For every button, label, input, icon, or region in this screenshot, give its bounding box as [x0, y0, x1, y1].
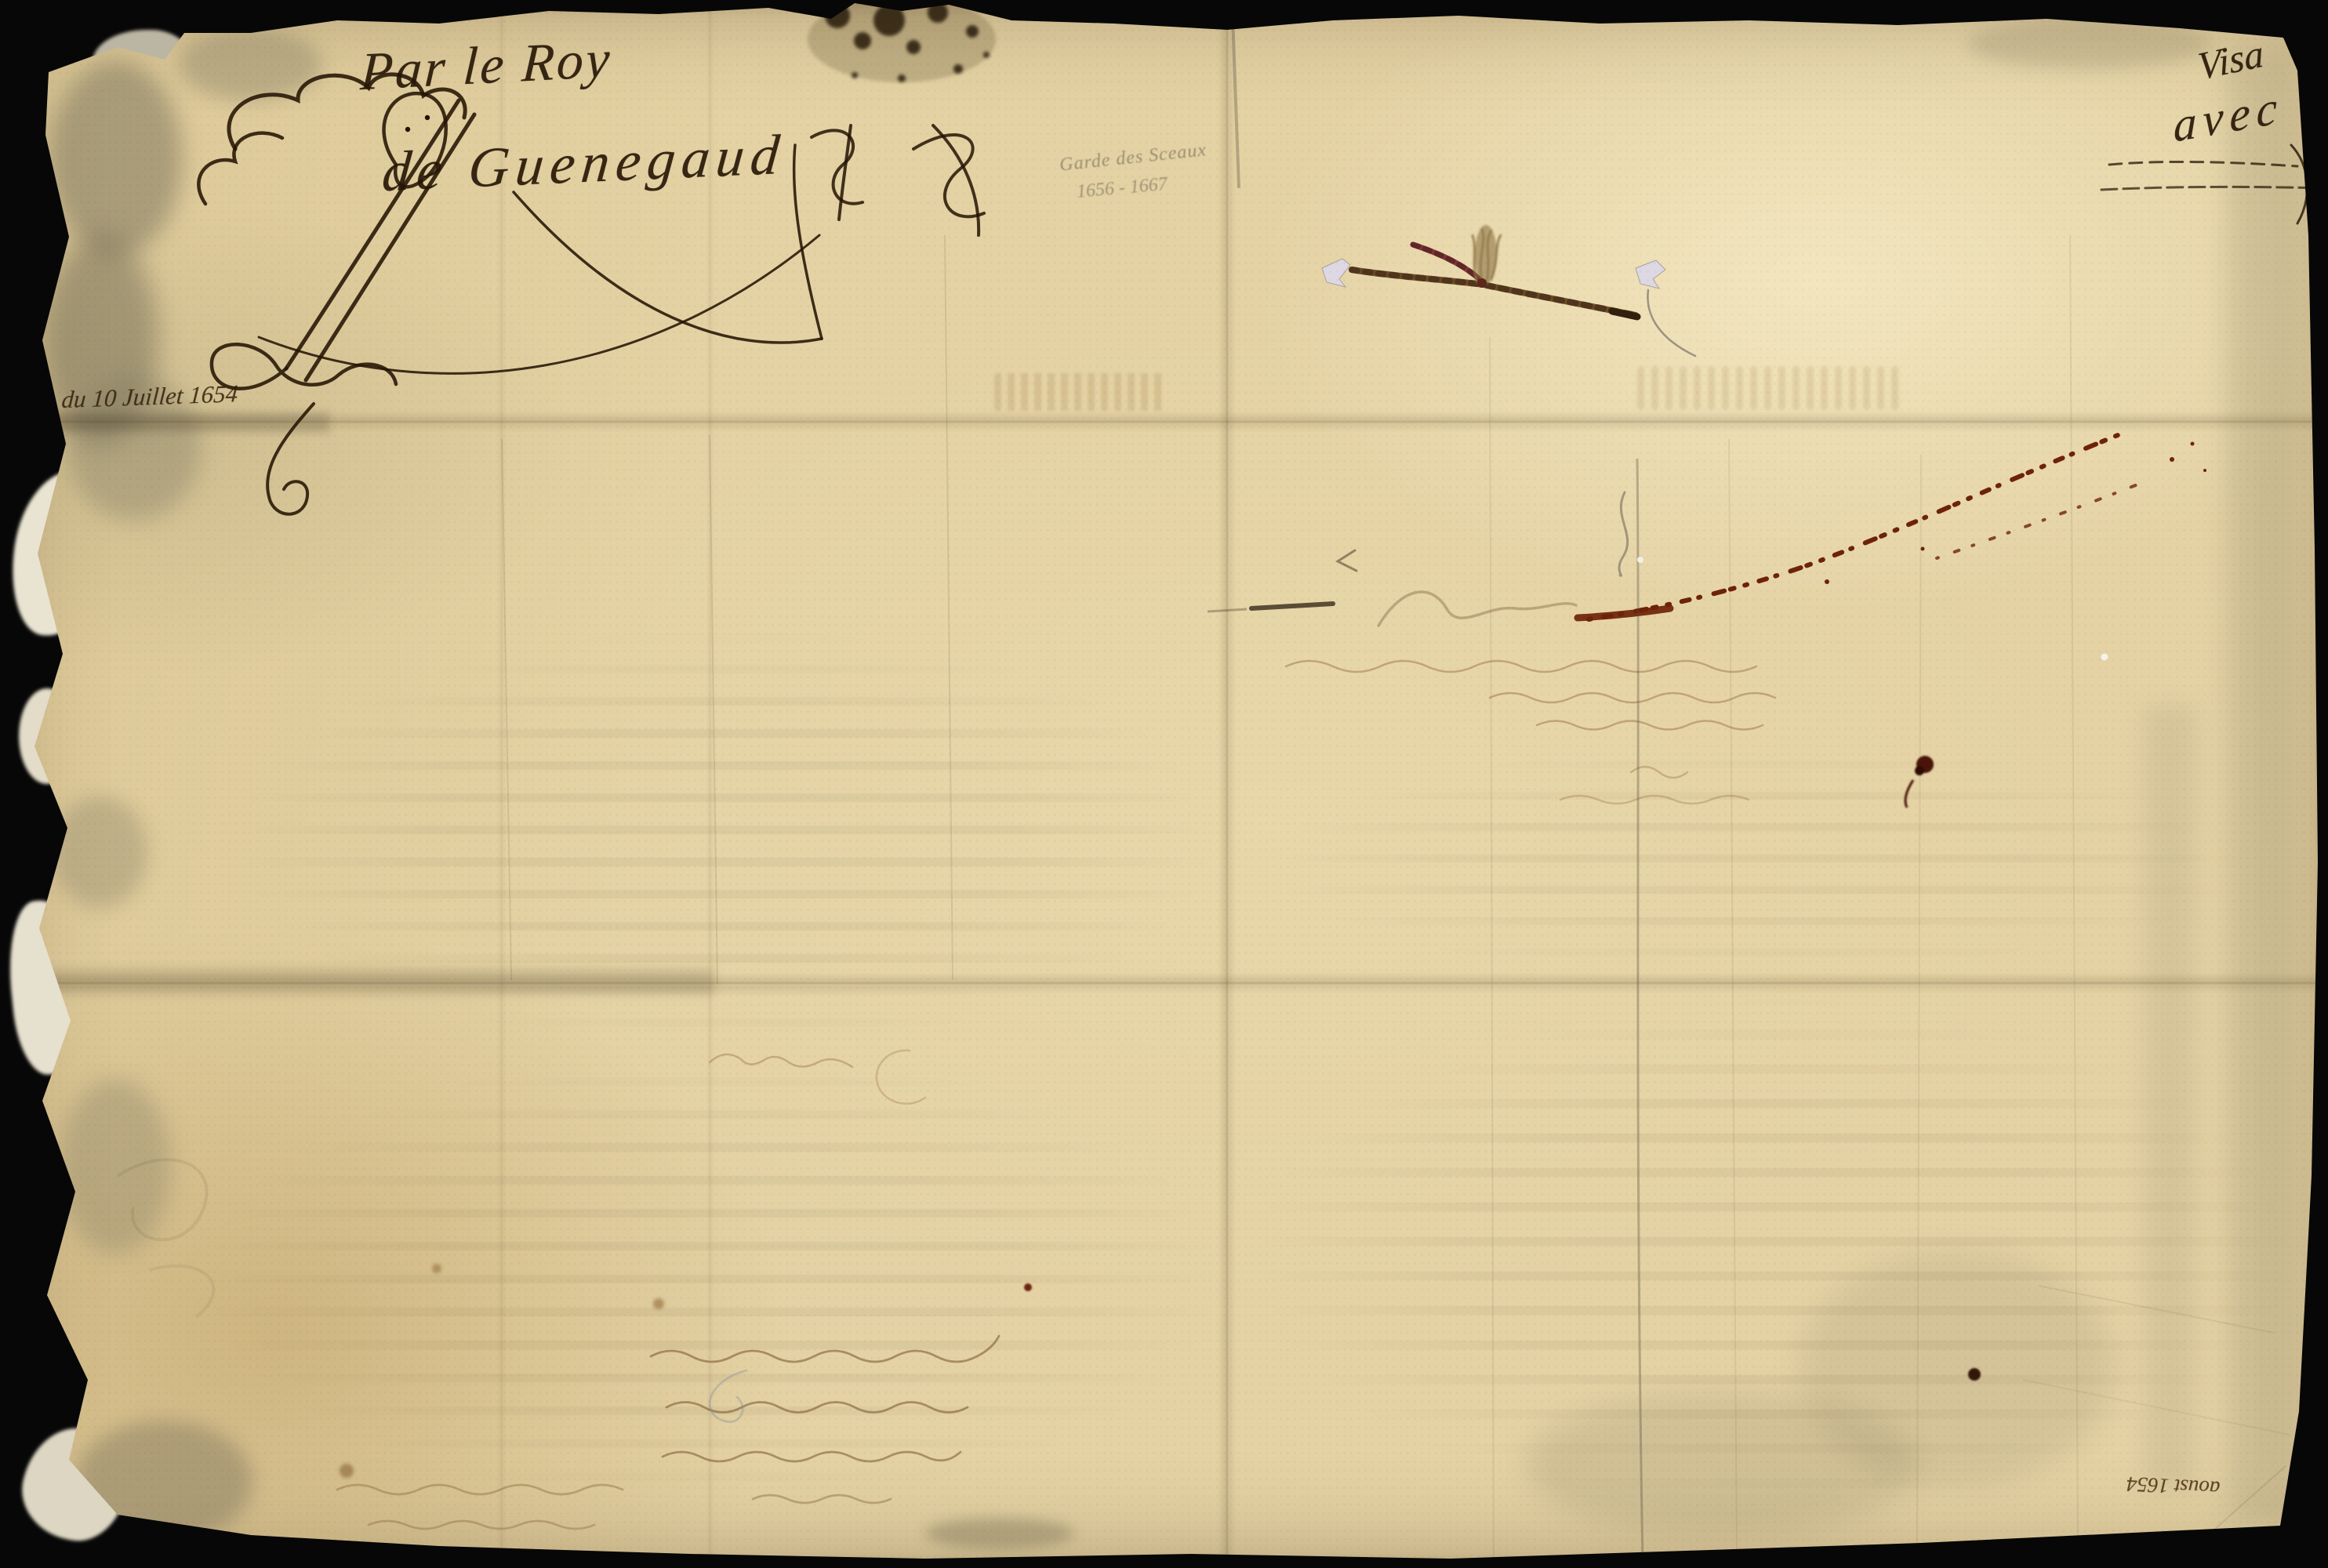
secretary-signature: de Guenegaud	[380, 122, 788, 205]
vertical-fold-crease	[497, 0, 507, 1568]
wax-droplet-trail	[1578, 434, 2206, 619]
vertical-fold-crease	[706, 0, 715, 1568]
bleedthrough-heading-band	[1637, 367, 1904, 409]
moisture-stain	[179, 28, 321, 100]
inverted-date-endorsement: aoust 1654	[2126, 1472, 2221, 1501]
bleedthrough-text-block	[235, 627, 1215, 1051]
faint-bleedthrough-script	[710, 592, 1775, 1104]
cord-frayed-tuft	[1473, 225, 1501, 285]
ink-blot-stain	[808, 0, 996, 82]
parchment-hole	[2101, 654, 2108, 661]
parchment-slit	[1322, 259, 1350, 287]
moisture-stain	[2227, 47, 2293, 1521]
bleedthrough-heading-band	[994, 373, 1163, 411]
signature-trailing-flourishes	[812, 125, 984, 235]
bleedthrough-text-block	[1255, 996, 2290, 1513]
parchment-document: Par le Roy de Guenegaud Visa avec du 10 …	[0, 0, 2328, 1568]
moisture-stain	[50, 61, 182, 256]
visa-avec-word: avec	[2174, 79, 2283, 154]
moisture-stain	[925, 1518, 1074, 1549]
fold-smudge	[47, 412, 329, 433]
bleedthrough-text-block	[1270, 745, 2243, 980]
seal-cord	[1322, 225, 1695, 356]
inverted-endorsement-script	[337, 1336, 999, 1529]
parchment-hole	[1637, 557, 1643, 563]
margin-date-note: du 10 Juillet 1654	[60, 379, 238, 414]
moisture-stain	[1526, 1392, 1918, 1537]
superscription-par-le-roy: Par le Roy	[359, 27, 614, 103]
crease-lines	[118, 16, 2290, 1560]
misc-stains	[340, 492, 2108, 1478]
horizontal-fold-crease	[0, 411, 2328, 433]
moisture-stain	[2145, 706, 2195, 1490]
vertical-fold-crease	[1218, 0, 1237, 1568]
pencil-archivist-note-line2: 1656 - 1667	[1076, 174, 1168, 203]
ink-and-marks-layer	[0, 0, 2328, 1568]
moisture-stain	[1968, 19, 2211, 69]
bleedthrough-text-block	[204, 1051, 1223, 1505]
parchment-slit	[1636, 260, 1665, 289]
horizontal-fold-crease	[0, 972, 2328, 994]
fold-smudge	[47, 969, 714, 994]
pencil-archivist-note-line1: Garde des Sceaux	[1059, 140, 1208, 176]
visa-word: Visa	[2195, 30, 2265, 89]
photograph-backdrop: Par le Roy de Guenegaud Visa avec du 10 …	[0, 0, 2328, 1568]
moisture-stain	[1800, 1251, 2114, 1486]
moisture-stain	[52, 797, 147, 908]
moisture-stain	[60, 1079, 171, 1254]
visa-flourish-and-underlines	[2101, 145, 2326, 223]
